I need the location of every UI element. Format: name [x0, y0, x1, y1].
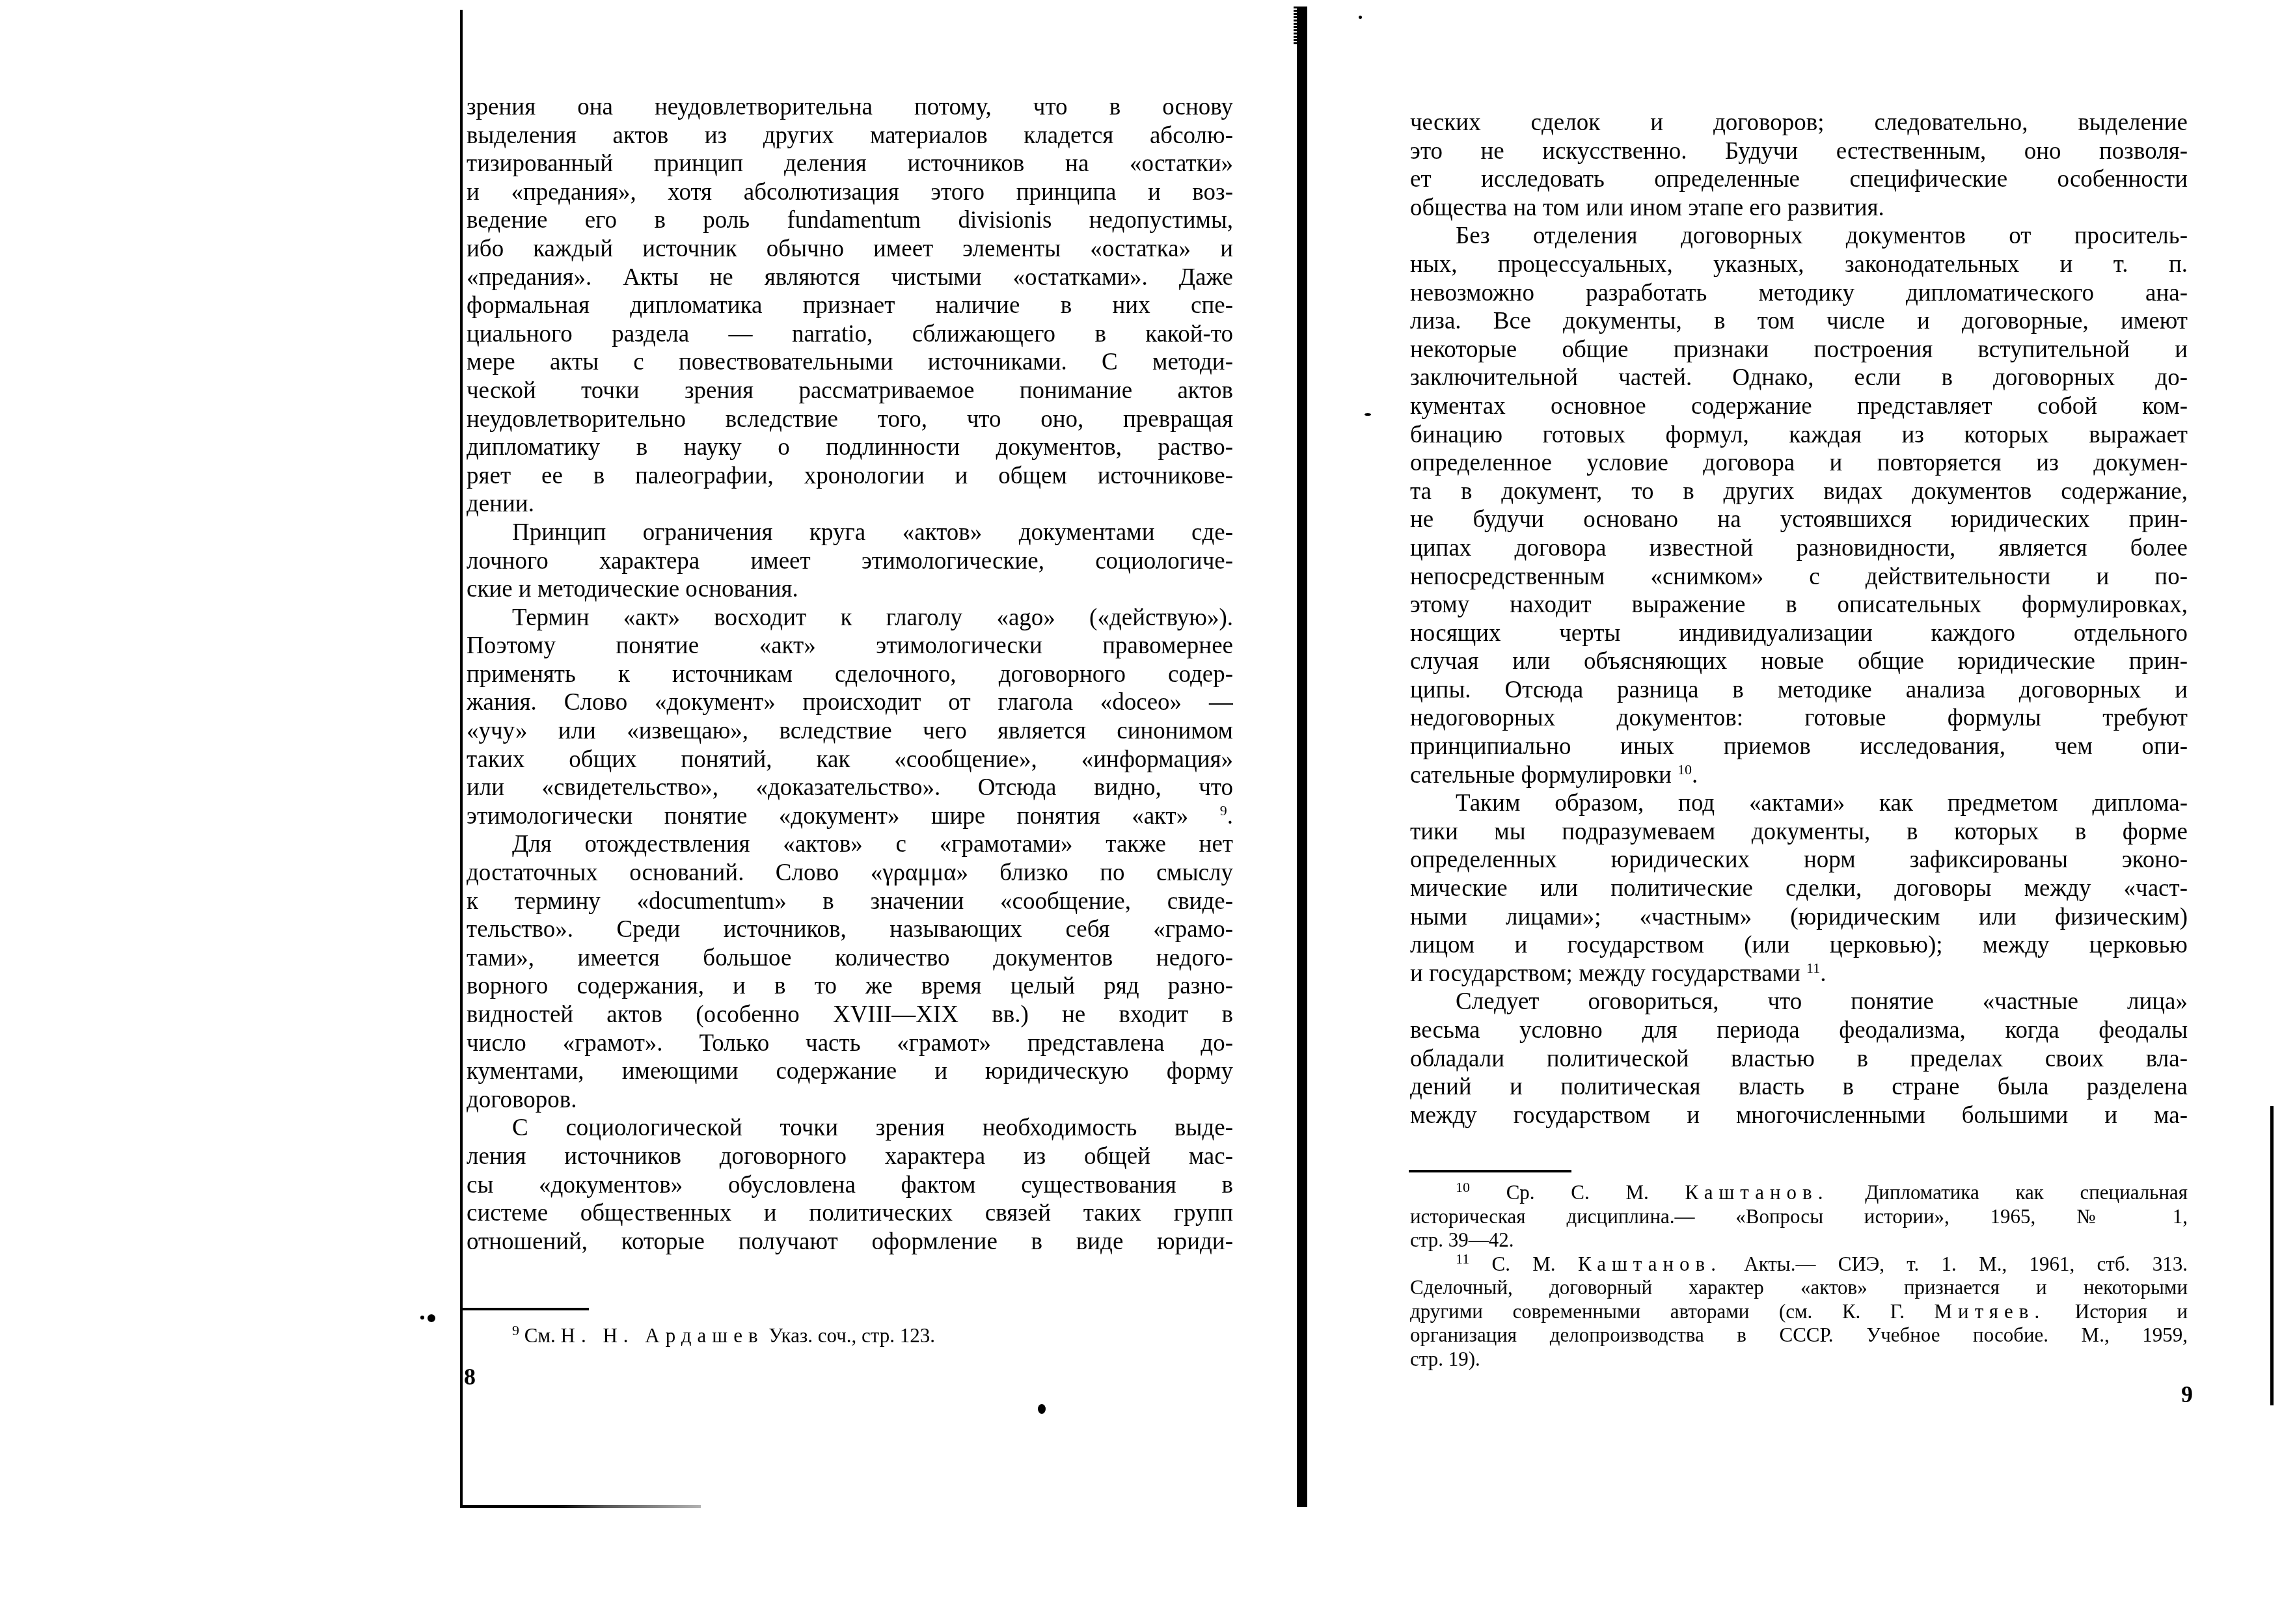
text-line: таких общих понятий, как «сообщение», «и…	[467, 746, 1233, 774]
footnote-divider	[1409, 1170, 1571, 1172]
scan-speck	[1038, 1404, 1046, 1414]
text-line: ных, процессуальных, указных, законодате…	[1410, 250, 2188, 279]
text-line: этому находит выражение в описательных ф…	[1410, 591, 2188, 619]
text-line-with-footnote: этимологически понятие «документ» шире п…	[467, 802, 1233, 831]
text-line: тики мы подразумеваем документы, в котор…	[1410, 818, 2188, 846]
text-line: это не искусственно. Будучи естественным…	[1410, 137, 2188, 166]
text-line: ведение его в роль fundamentum divisioni…	[467, 206, 1233, 235]
footnote-ref[interactable]: 10	[1678, 761, 1692, 778]
text-line: лиза. Все документы, в том числе и догов…	[1410, 307, 2188, 336]
right-page-body: ческих сделок и договоров; следовательно…	[1410, 109, 2188, 1130]
text-line: формальная дипломатика признает наличие …	[467, 291, 1233, 320]
text-line: невозможно разработать методику дипломат…	[1410, 279, 2188, 308]
text-line: отношений, которые получают оформление в…	[467, 1228, 1233, 1256]
footnote-author: Каштанов.	[1685, 1181, 1828, 1204]
text-line: носящих черты индивидуализации каждого о…	[1410, 619, 2188, 648]
footnote-text: другими современными авторами (см. К. Г.	[1410, 1300, 1935, 1323]
footnote-prefix: См.	[524, 1324, 556, 1347]
footnote-text: История и	[2045, 1300, 2188, 1323]
text-line: С социологической точки зрения необходим…	[467, 1114, 1233, 1143]
text-line: к термину «documentum» в значении «сообщ…	[467, 887, 1233, 916]
text-line: весьма условно для периода феодализма, к…	[1410, 1016, 2188, 1045]
page-number: 8	[464, 1363, 476, 1390]
footnote-author: Н. Н. Ардашев	[561, 1324, 764, 1347]
text-line: тами», имеется большое количество докуме…	[467, 944, 1233, 973]
footnote-11-line: Сделочный, договорный характер «актов» п…	[1410, 1276, 2188, 1300]
text-line: та в документ, то в других видах докумен…	[1410, 478, 2188, 506]
text-line: ибо каждый источник обычно имеет элемент…	[467, 235, 1233, 264]
text-line: ряет ее в палеографии, хронологии и обще…	[467, 462, 1233, 491]
text-line: применять к источникам сделочного, догов…	[467, 660, 1233, 689]
text-line: ципах договора известной разновидности, …	[1410, 534, 2188, 563]
text-line: дипломатику в науку о подлинности докуме…	[467, 433, 1233, 462]
footnote-text: Дипломатика как специальная	[1828, 1181, 2188, 1204]
text-line: общества на том или ином этапе его разви…	[1410, 194, 2188, 223]
right-footnotes: 10 Ср. С. М. Каштанов. Дипломатика как с…	[1410, 1181, 2188, 1371]
footnote-11-line: организация делопроизводства в СССР. Уче…	[1410, 1323, 2188, 1347]
text-line: заключительной частей. Однако, если в до…	[1410, 364, 2188, 392]
text-line: тельство». Среди источников, называющих …	[467, 915, 1233, 944]
text-line: Принцип ограничения круга «актов» докуме…	[467, 519, 1233, 547]
page-number: 9	[2181, 1381, 2193, 1408]
book-binding	[1297, 7, 1307, 1507]
text-line: лицом и государством (или церковью); меж…	[1410, 931, 2188, 960]
left-page-bottom-border	[460, 1505, 701, 1508]
left-page-border	[460, 10, 463, 1508]
text-line: Поэтому понятие «акт» этимологически пра…	[467, 632, 1233, 660]
text-line: ворного содержания, и в то же время целы…	[467, 972, 1233, 1001]
text-line: тизированный принцип деления источников …	[467, 150, 1233, 178]
footnote-number: 9	[512, 1324, 519, 1338]
text-line-with-footnote: сательные формулировки 10.	[1410, 761, 2188, 790]
footnote-ref[interactable]: 11	[1806, 960, 1820, 976]
text-line: «учу» или «извещаю», вследствие чего явл…	[467, 717, 1233, 746]
text-line: сы «документов» обусловлена фактом сущес…	[467, 1171, 1233, 1200]
text-line-content: сательные формулировки	[1410, 762, 1672, 789]
scan-speck	[1359, 16, 1362, 19]
text-line: выделения актов из других материалов кла…	[467, 122, 1233, 150]
text-line: видностей актов (особенно XVIII—XIX вв.)…	[467, 1001, 1233, 1029]
scan-speck	[420, 1316, 424, 1319]
text-line: неудовлетворительно вследствие того, что…	[467, 405, 1233, 434]
text-line: не будучи основано на устоявшихся юридич…	[1410, 506, 2188, 534]
text-line-content: этимологически понятие «документ» шире п…	[467, 803, 1188, 830]
text-line: Таким образом, под «актами» как предмето…	[1410, 789, 2188, 818]
text-line: кументами, имеющими содержание и юридиче…	[467, 1057, 1233, 1086]
text-line: принципиально иных приемов исследования,…	[1410, 733, 2188, 761]
footnote-10-line: стр. 39—42.	[1410, 1228, 2188, 1252]
text-line: «предания». Акты не являются чистыми «ос…	[467, 264, 1233, 292]
text-line: зрения она неудовлетворительна потому, ч…	[467, 93, 1233, 122]
text-line: число «грамот». Только часть «грамот» пр…	[467, 1029, 1233, 1058]
footnote-number: 10	[1456, 1181, 1470, 1195]
left-footnotes: 9 См. Н. Н. Ардашев Указ. соч., стр. 123…	[467, 1324, 1233, 1348]
text-line: и «предания», хотя абсолютизация этого п…	[467, 178, 1233, 207]
footnote-11-line: стр. 19).	[1410, 1347, 2188, 1372]
book-binding-edge	[1294, 7, 1300, 46]
text-line: ские и методические основания.	[467, 575, 1233, 604]
text-line: циального раздела — narratio, сближающег…	[467, 320, 1233, 349]
footnote-author: Каштанов.	[1578, 1252, 1722, 1275]
footnote-text: Акты.— СИЭ, т. 1. М., 1961, стб. 313.	[1722, 1252, 2188, 1275]
footnote-text: С. М.	[1492, 1252, 1578, 1275]
footnote-text: Указ. соч., стр. 123.	[768, 1324, 935, 1347]
text-line: ческих сделок и договоров; следовательно…	[1410, 109, 2188, 137]
footnote-text: Ср. С. М.	[1506, 1181, 1685, 1204]
text-line: договоров.	[467, 1086, 1233, 1115]
text-line: случая или объясняющих новые общие юриди…	[1410, 647, 2188, 676]
footnote-ref[interactable]: 9	[1220, 802, 1227, 819]
text-line: некоторые общие признаки построения всту…	[1410, 336, 2188, 364]
text-line: мические или политические сделки, догово…	[1410, 874, 2188, 903]
text-line: мере акты с повествовательными источника…	[467, 348, 1233, 377]
footnote-10-line: историческая дисциплина.— «Вопросы истор…	[1410, 1205, 2188, 1229]
footnote-number: 11	[1456, 1252, 1469, 1267]
book-spread: зрения она неудовлетворительна потому, ч…	[0, 0, 2282, 1624]
text-line: дений и политическая власть в стране был…	[1410, 1073, 2188, 1102]
text-line: ными лицами»; «частным» (юридическим или…	[1410, 903, 2188, 932]
right-page-edge	[2270, 1106, 2274, 1405]
footnote-divider	[462, 1308, 589, 1310]
left-page-border-dashed	[460, 10, 461, 114]
footnote-10-line: 10 Ср. С. М. Каштанов. Дипломатика как с…	[1410, 1181, 2188, 1205]
left-page-body: зрения она неудовлетворительна потому, ч…	[467, 93, 1233, 1256]
text-line: между государством и многочисленными бол…	[1410, 1102, 2188, 1130]
text-line: достаточных оснований. Слово «γραμμα» бл…	[467, 859, 1233, 887]
text-line: дении.	[467, 490, 1233, 519]
text-line: лочного характера имеет этимологические,…	[467, 547, 1233, 576]
footnote-11-line: другими современными авторами (см. К. Г.…	[1410, 1300, 2188, 1324]
footnote-9: 9 См. Н. Н. Ардашев Указ. соч., стр. 123…	[467, 1324, 1233, 1348]
text-line: Без отделения договорных документов от п…	[1410, 222, 2188, 250]
text-line: определенное условие договора и повторяе…	[1410, 449, 2188, 478]
text-line: недоговорных документов: готовые формулы…	[1410, 704, 2188, 733]
text-line: Для отождествления «актов» с «грамотами»…	[467, 830, 1233, 859]
text-line: бинацию готовых формул, каждая из которы…	[1410, 421, 2188, 450]
text-line: системе общественных и политических связ…	[467, 1199, 1233, 1228]
text-line: обладали политической властью в пределах…	[1410, 1045, 2188, 1074]
text-line: кументах основное содержание представляе…	[1410, 392, 2188, 421]
text-line: ет исследовать определенные специфически…	[1410, 165, 2188, 194]
text-line-content: и государством; между государствами	[1410, 960, 1800, 987]
text-line: ления источников договорного характера и…	[467, 1143, 1233, 1171]
text-line: жания. Слово «документ» происходит от гл…	[467, 688, 1233, 717]
text-line: непосредственным «снимком» с действитель…	[1410, 563, 2188, 591]
scan-speck	[428, 1314, 435, 1322]
scan-speck	[1365, 413, 1371, 416]
footnote-author: Митяев.	[1935, 1300, 2046, 1323]
footnote-11-line: 11 С. М. Каштанов. Акты.— СИЭ, т. 1. М.,…	[1410, 1252, 2188, 1277]
text-line: определенных юридических норм зафиксиров…	[1410, 846, 2188, 874]
text-line: ципы. Отсюда разница в методике анализа …	[1410, 676, 2188, 705]
text-line: Термин «акт» восходит к глаголу «ago» («…	[467, 604, 1233, 632]
text-line: ческой точки зрения рассматриваемое пони…	[467, 377, 1233, 405]
text-line: или «свидетельство», «доказательство». О…	[467, 774, 1233, 802]
text-line-with-footnote: и государством; между государствами 11.	[1410, 960, 2188, 988]
text-line: Следует оговориться, что понятие «частны…	[1410, 988, 2188, 1016]
